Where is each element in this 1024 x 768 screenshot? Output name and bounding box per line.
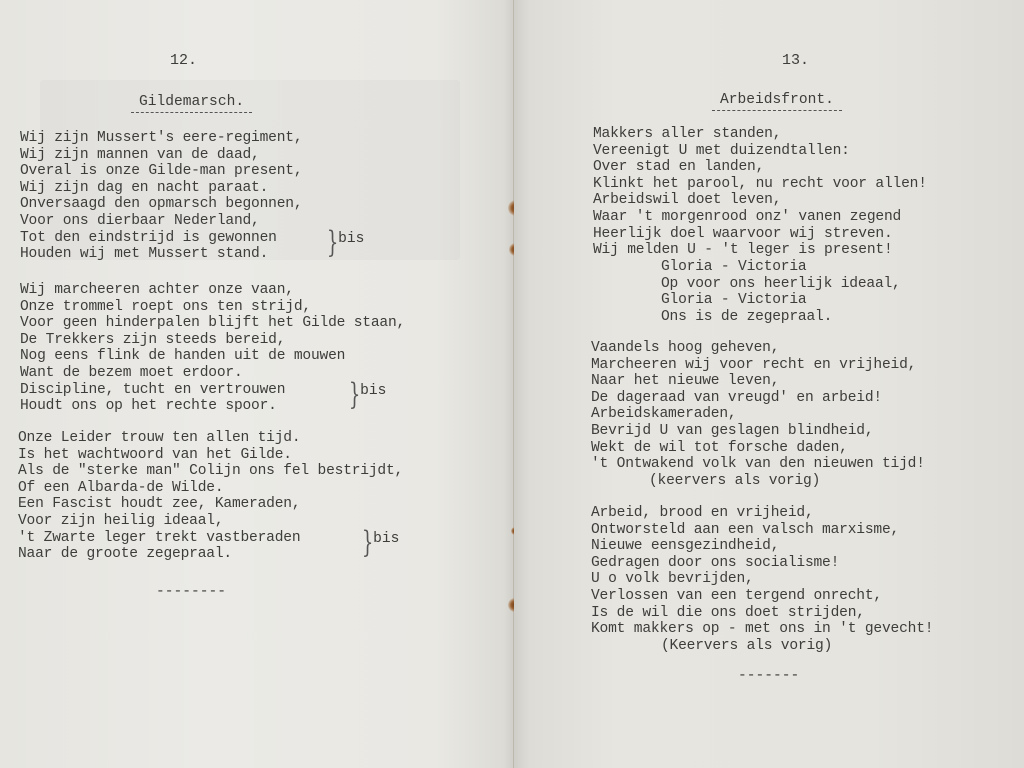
verse-line: Naar de groote zegepraal.	[18, 546, 403, 563]
verse-line: Verlossen van een tergend onrecht,	[591, 588, 933, 605]
refrain: Gloria - VictoriaOp voor ons heerlijk id…	[661, 259, 901, 325]
verse-line: Wekt de wil tot forsche daden,	[591, 440, 925, 457]
verse-line: Naar het nieuwe leven,	[591, 373, 925, 390]
verse-line: De dageraad van vreugd' en arbeid!	[591, 390, 925, 407]
verse-line: Arbeidskameraden,	[591, 406, 925, 423]
verse-line: Voor zijn heilig ideaal,	[18, 513, 403, 530]
stanza-3: Onze Leider trouw ten allen tijd.Is het …	[18, 430, 403, 563]
verse-line: Wij zijn Mussert's eere-regiment,	[20, 130, 302, 147]
refrain-note: (Keervers als vorig)	[661, 638, 832, 655]
refrain-line: Gloria - Victoria	[661, 292, 901, 309]
page-number-13: 13.	[782, 52, 809, 69]
refrain-line: Gloria - Victoria	[661, 259, 901, 276]
song-title-gildemarsch: Gildemarsch.	[131, 94, 252, 113]
verse-line: Marcheeren wij voor recht en vrijheid,	[591, 357, 925, 374]
refrain-note: (keervers als vorig)	[649, 473, 820, 490]
verse-line: Als de "sterke man" Colijn ons fel bestr…	[18, 463, 403, 480]
repeat-mark: }bis	[345, 380, 386, 410]
separator-line: -------	[738, 668, 799, 684]
separator-line: --------	[156, 584, 226, 600]
verse-line: Voor geen hinderpalen blijft het Gilde s…	[20, 315, 405, 332]
verse-line: Heerlijk doel waarvoor wij streven.	[593, 226, 927, 243]
verse-line: Wij melden U - 't leger is present!	[593, 242, 927, 259]
song-title-arbeidsfront: Arbeidsfront.	[712, 92, 842, 111]
verse-line: 't Ontwakend volk van den nieuwen tijd!	[591, 456, 925, 473]
stanza-3: Arbeid, brood en vrijheid,Ontworsteld aa…	[591, 505, 933, 638]
page-number-12: 12.	[170, 52, 197, 69]
verse-line: Over stad en landen,	[593, 159, 927, 176]
verse-line: Komt makkers op - met ons in 't gevecht!	[591, 621, 933, 638]
repeat-mark: }bis	[358, 528, 399, 558]
brace-icon: }	[349, 380, 360, 410]
stanza-1: Wij zijn Mussert's eere-regiment,Wij zij…	[20, 130, 302, 263]
verse-line: Overal is onze Gilde-man present,	[20, 163, 302, 180]
brace-icon: }	[362, 528, 373, 558]
verse-line: Gedragen door ons socialisme!	[591, 555, 933, 572]
verse-line: Onze trommel roept ons ten strijd,	[20, 299, 405, 316]
verse-line: Bevrijd U van geslagen blindheid,	[591, 423, 925, 440]
stanza-1: Makkers aller standen,Vereenigt U met du…	[593, 126, 927, 259]
verse-line: Of een Albarda-de Wilde.	[18, 480, 403, 497]
verse-line: Ontworsteld aan een valsch marxisme,	[591, 522, 933, 539]
verse-line: Arbeidswil doet leven,	[593, 192, 927, 209]
verse-line: Tot den eindstrijd is gewonnen	[20, 230, 302, 247]
verse-line: 't Zwarte leger trekt vastberaden	[18, 530, 403, 547]
verse-line: Wij zijn dag en nacht paraat.	[20, 180, 302, 197]
verse-line: Arbeid, brood en vrijheid,	[591, 505, 933, 522]
verse-line: Vaandels hoog geheven,	[591, 340, 925, 357]
brace-icon: }	[327, 228, 338, 258]
refrain-line: Op voor ons heerlijk ideaal,	[661, 276, 901, 293]
verse-line: Is het wachtwoord van het Gilde.	[18, 447, 403, 464]
verse-line: Wij zijn mannen van de daad,	[20, 147, 302, 164]
verse-line: Nieuwe eensgezindheid,	[591, 538, 933, 555]
verse-line: Een Fascist houdt zee, Kameraden,	[18, 496, 403, 513]
verse-line: Onversaagd den opmarsch begonnen,	[20, 196, 302, 213]
verse-line: De Trekkers zijn steeds bereid,	[20, 332, 405, 349]
verse-line: Vereenigt U met duizendtallen:	[593, 143, 927, 160]
verse-line: U o volk bevrijden,	[591, 571, 933, 588]
verse-line: Makkers aller standen,	[593, 126, 927, 143]
verse-line: Voor ons dierbaar Nederland,	[20, 213, 302, 230]
repeat-mark: }bis	[323, 228, 364, 258]
verse-line: Wij marcheeren achter onze vaan,	[20, 282, 405, 299]
refrain-line: Ons is de zegepraal.	[661, 309, 901, 326]
verse-line: Klinkt het parool, nu recht voor allen!	[593, 176, 927, 193]
verse-line: Is de wil die ons doet strijden,	[591, 605, 933, 622]
left-page: 12. Gildemarsch. Wij zijn Mussert's eere…	[0, 0, 514, 768]
verse-line: Onze Leider trouw ten allen tijd.	[18, 430, 403, 447]
right-page: 13. Arbeidsfront. Makkers aller standen,…	[514, 0, 1024, 768]
verse-line: Houden wij met Mussert stand.	[20, 246, 302, 263]
booklet-spread: 12. Gildemarsch. Wij zijn Mussert's eere…	[0, 0, 1024, 768]
stanza-2: Vaandels hoog geheven,Marcheeren wij voo…	[591, 340, 925, 473]
verse-line: Nog eens flink de handen uit de mouwen	[20, 348, 405, 365]
verse-line: Waar 't morgenrood onz' vanen zegend	[593, 209, 927, 226]
